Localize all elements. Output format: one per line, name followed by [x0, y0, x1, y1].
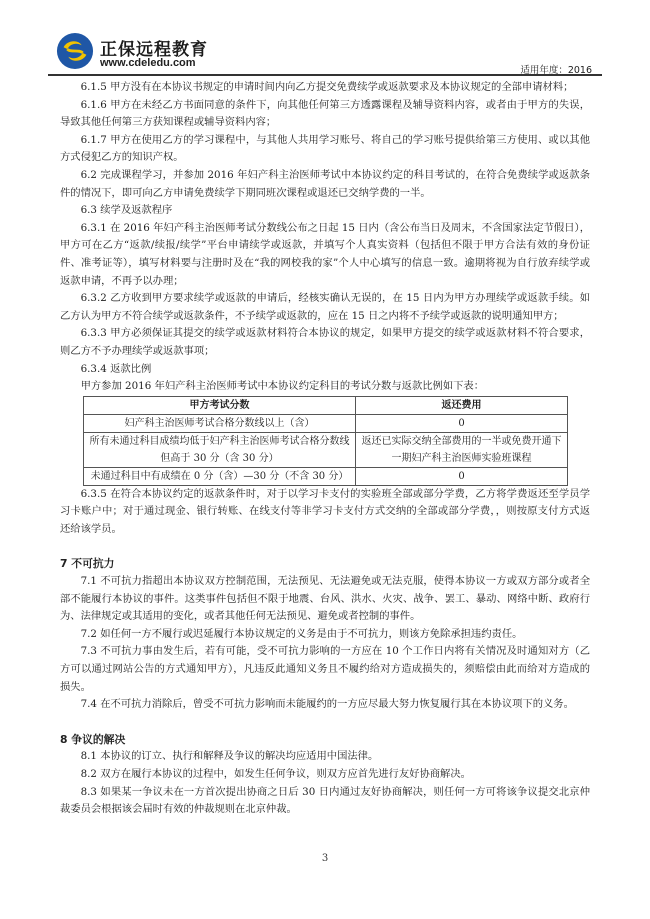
- clause-6-3-3: 6.3.3 甲方必须保证其提交的续学或返款材料符合本协议的规定，如果甲方提交的续…: [60, 325, 590, 360]
- column-header-refund: 返还费用: [356, 396, 568, 414]
- clause-6-1-5: 6.1.5 甲方没有在本协议书规定的申请时间内向乙方提交免费续学或返款要求及本协…: [60, 79, 590, 97]
- table-cell-score: 妇产科主治医师考试合格分数线以上（含）: [84, 414, 356, 432]
- page-number: 3: [0, 853, 650, 864]
- clause-7-2: 7.2 如任何一方不履行或迟延履行本协议规定的义务是由于不可抗力，则该方免除承担…: [60, 626, 590, 644]
- section-8-heading: 8 争议的解决: [60, 731, 590, 749]
- clause-8-2: 8.2 双方在履行本协议的过程中，如发生任何争议，则双方应首先进行友好协商解决。: [60, 766, 590, 784]
- table-cell-score: 所有未通过科目成绩均低于妇产科主治医师考试合格分数线但高于 30 分（含 30 …: [84, 432, 356, 467]
- clause-7-1: 7.1 不可抗力指超出本协议双方控制范围，无法预见、无法避免或无法克服，使得本协…: [60, 573, 590, 626]
- table-cell-refund: 0: [356, 414, 568, 432]
- cdeledu-logo-icon: [56, 32, 94, 70]
- brand-url: www.cdeledu.com: [100, 57, 196, 69]
- table-row: 妇产科主治医师考试合格分数线以上（含） 0: [84, 414, 568, 432]
- document-body: 6.1.5 甲方没有在本协议书规定的申请时间内向乙方提交免费续学或返款要求及本协…: [60, 79, 590, 819]
- clause-6-2: 6.2 完成课程学习，并参加 2016 年妇产科主治医师考试中本协议约定的科目考…: [60, 167, 590, 202]
- refund-table-intro: 甲方参加 2016 年妇产科主治医师考试中本协议约定科目的考试分数与返款比例如下…: [60, 378, 590, 396]
- clause-7-3: 7.3 不可抗力事由发生后，若有可能，受不可抗力影响的一方应在 10 个工作日内…: [60, 643, 590, 696]
- table-row: 所有未通过科目成绩均低于妇产科主治医师考试合格分数线但高于 30 分（含 30 …: [84, 432, 568, 467]
- clause-6-1-7: 6.1.7 甲方在使用乙方的学习课程中，与其他人共用学习账号、将自己的学习账号提…: [60, 132, 590, 167]
- clause-6-3-4-heading: 6.3.4 返款比例: [60, 361, 590, 379]
- table-cell-score: 未通过科目中有成绩在 0 分（含）—30 分（不含 30 分）: [84, 467, 356, 485]
- clause-6-3-2: 6.3.2 乙方收到甲方要求续学或返款的申请后，经核实确认无误的，在 15 日内…: [60, 290, 590, 325]
- clause-6-1-6: 6.1.6 甲方在未经乙方书面同意的条件下，向其他任何第三方透露课程及辅导资料内…: [60, 97, 590, 132]
- section-7-heading: 7 不可抗力: [60, 555, 590, 573]
- table-row: 未通过科目中有成绩在 0 分（含）—30 分（不含 30 分） 0: [84, 467, 568, 485]
- page-header: 正保远程教育 www.cdeledu.com 适用年度：2016: [50, 30, 600, 78]
- clause-8-1: 8.1 本协议的订立、执行和解释及争议的解决均应适用中国法律。: [60, 748, 590, 766]
- column-header-score: 甲方考试分数: [84, 396, 356, 414]
- clause-8-3: 8.3 如果某一争议未在一方首次提出协商之日后 30 日内通过友好协商解决，则任…: [60, 784, 590, 819]
- table-cell-refund: 0: [356, 467, 568, 485]
- header-divider: [48, 74, 602, 76]
- clause-6-3-heading: 6.3 续学及返款程序: [60, 202, 590, 220]
- clause-6-3-1: 6.3.1 在 2016 年妇产科主治医师考试分数线公布之日起 15 日内（含公…: [60, 220, 590, 290]
- table-header-row: 甲方考试分数 返还费用: [84, 396, 568, 414]
- clause-7-4: 7.4 在不可抗力消除后，曾受不可抗力影响而未能履约的一方应尽最大努力恢复履行其…: [60, 696, 590, 714]
- table-cell-refund: 返还已实际交纳全部费用的一半或免费开通下一期妇产科主治医师实验班课程: [356, 432, 568, 467]
- refund-ratio-table: 甲方考试分数 返还费用 妇产科主治医师考试合格分数线以上（含） 0 所有未通过科…: [83, 396, 568, 486]
- clause-6-3-5: 6.3.5 在符合本协议约定的返款条件时，对于以学习卡支付的实验班全部或部分学费…: [60, 486, 590, 539]
